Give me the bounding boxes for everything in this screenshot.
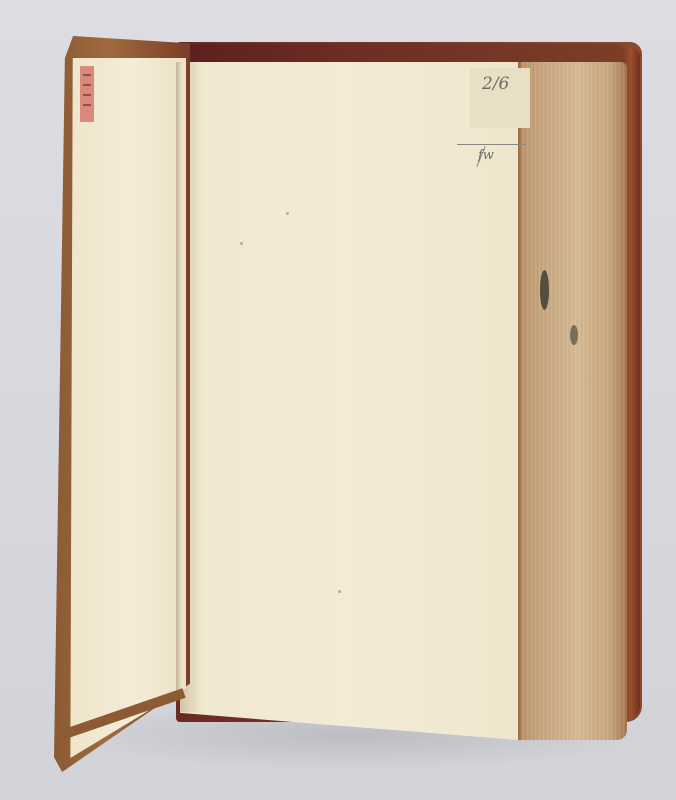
page-fore-edge xyxy=(515,62,627,740)
paper-speck xyxy=(338,590,341,593)
top-edge-binding xyxy=(176,44,626,62)
ink-stain xyxy=(570,325,578,345)
right-page xyxy=(180,62,518,740)
pencil-mark: fw xyxy=(478,148,494,163)
hinge-shadow xyxy=(176,62,182,692)
pencil-price-note: 2/6 xyxy=(482,74,509,94)
pencil-line xyxy=(457,144,525,145)
book-photo: 2/6 fw xyxy=(0,0,676,800)
bookseller-label xyxy=(80,66,94,122)
ink-stain xyxy=(540,270,549,310)
front-endpaper xyxy=(68,58,186,758)
paper-speck xyxy=(286,212,289,215)
paper-speck xyxy=(240,242,243,245)
